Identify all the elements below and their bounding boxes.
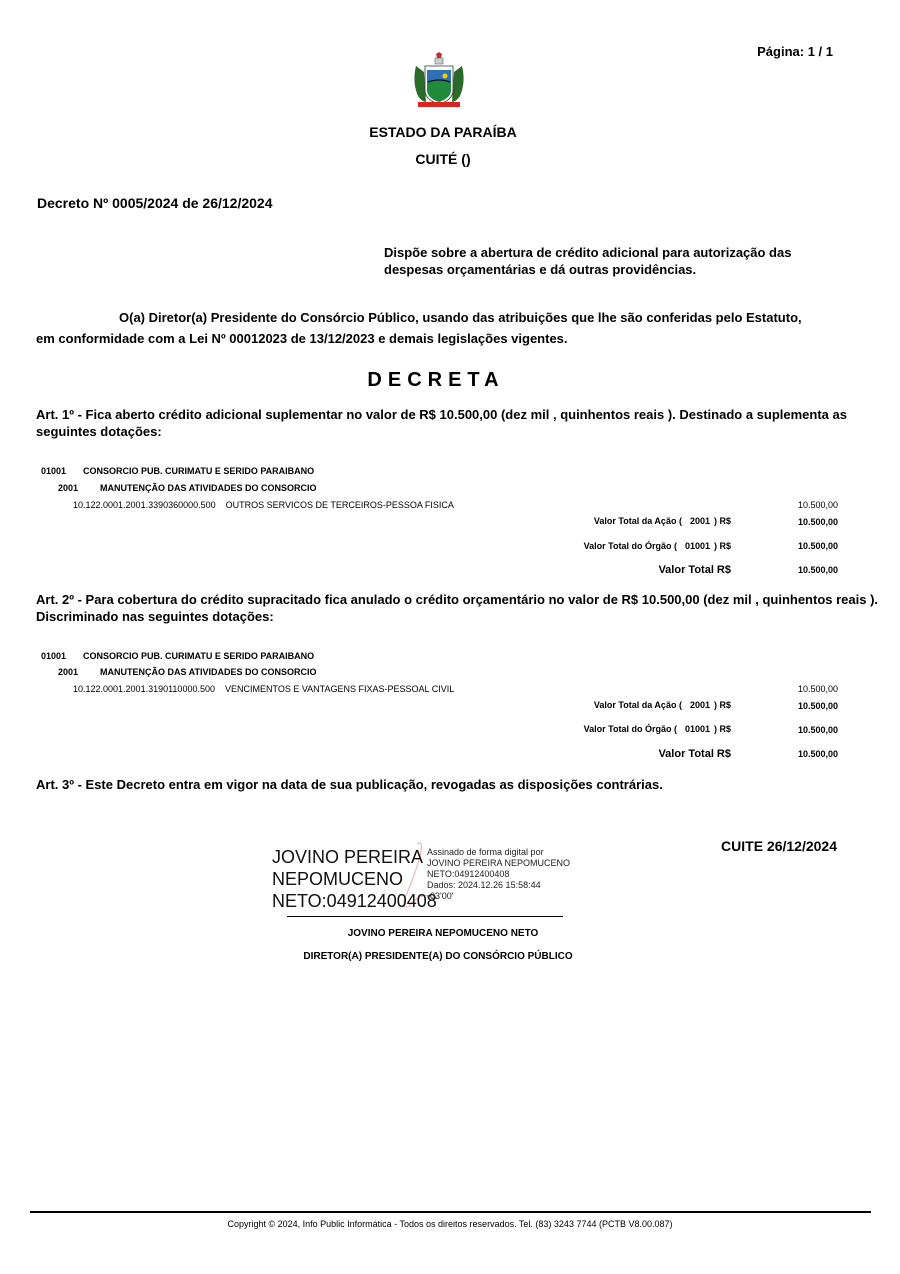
digital-name-line: JOVINO PEREIRA [272,846,437,868]
digital-detail-line: JOVINO PEREIRA NEPOMUCENO [427,858,570,869]
digital-signature-name: JOVINO PEREIRA NEPOMUCENO NETO:049124004… [272,846,437,912]
orgao-name: CONSORCIO PUB. CURIMATU E SERIDO PARAIBA… [83,651,314,661]
digital-detail-line: -03'00' [427,891,570,902]
orgao-code: 01001 [41,466,83,476]
page-indicator: Página: 1 / 1 [757,44,833,59]
total-acao-suffix: ) R$ [714,516,731,526]
acao-name: MANUTENÇÃO DAS ATIVIDADES DO CONSORCIO [100,667,317,677]
article-2: Art. 2º - Para cobertura do crédito supr… [36,591,891,625]
decreta-heading: DECRETA [0,369,872,392]
total-acao-label: Valor Total da Ação (2001) R$ [594,700,731,710]
dotacao-value: 10.500,00 [798,684,838,694]
footer-copyright: Copyright © 2024, Info Public Informátic… [0,1219,900,1229]
total-acao-code: 2001 [690,700,710,710]
orgao-code: 01001 [41,651,83,661]
decree-ementa: Dispõe sobre a abertura de crédito adici… [384,244,854,278]
digital-detail-line: Dados: 2024.12.26 15:58:44 [427,880,570,891]
total-orgao-value: 10.500,00 [798,541,838,551]
preamble-line-1: O(a) Diretor(a) Presidente do Consórcio … [119,310,802,325]
acao-row: 2001MANUTENÇÃO DAS ATIVIDADES DO CONSORC… [58,483,317,493]
total-label: Valor Total R$ [658,564,731,576]
total-acao-value: 10.500,00 [798,517,838,527]
dotacao-value: 10.500,00 [798,500,838,510]
dotacao-row: 10.122.0001.2001.3390360000.500OUTROS SE… [73,500,454,510]
acao-code: 2001 [58,483,100,493]
digital-name-line: NEPOMUCENO [272,868,437,890]
total-acao-text: Valor Total da Ação ( [594,700,682,710]
total-orgao-suffix: ) R$ [714,724,731,734]
dotacao-name: VENCIMENTOS E VANTAGENS FIXAS-PESSOAL CI… [225,684,454,694]
dotacao-name: OUTROS SERVICOS DE TERCEIROS-PESSOA FISI… [226,500,454,510]
orgao-name: CONSORCIO PUB. CURIMATU E SERIDO PARAIBA… [83,466,314,476]
footer-divider [30,1211,871,1213]
signer-role: DIRETOR(A) PRESIDENTE(A) DO CONSÓRCIO PÚ… [0,951,876,962]
total-orgao-code: 01001 [685,541,710,551]
digital-name-line: NETO:04912400408 [272,890,437,912]
article-3: Art. 3º - Este Decreto entra em vigor na… [36,776,891,793]
total-acao-text: Valor Total da Ação ( [594,516,682,526]
article-1: Art. 1º - Fica aberto crédito adicional … [36,406,891,440]
total-orgao-code: 01001 [685,724,710,734]
digital-signature-details: Assinado de forma digital por JOVINO PER… [427,847,570,902]
total-value: 10.500,00 [798,749,838,759]
decree-number: Decreto Nº 0005/2024 de 26/12/2024 [37,195,273,211]
total-value: 10.500,00 [798,565,838,575]
signer-name: JOVINO PEREIRA NEPOMUCENO NETO [0,928,886,939]
total-orgao-suffix: ) R$ [714,541,731,551]
acao-row: 2001MANUTENÇÃO DAS ATIVIDADES DO CONSORC… [58,667,317,677]
digital-detail-line: NETO:04912400408 [427,869,570,880]
dotacao-code: 10.122.0001.2001.3190110000.500 [73,684,215,694]
preamble-line-2: em conformidade com a Lei Nº 00012023 de… [36,331,568,346]
total-label: Valor Total R$ [658,748,731,760]
total-acao-value: 10.500,00 [798,701,838,711]
dotacao-row: 10.122.0001.2001.3190110000.500VENCIMENT… [73,684,454,694]
acao-name: MANUTENÇÃO DAS ATIVIDADES DO CONSORCIO [100,483,317,493]
total-orgao-text: Valor Total do Órgão ( [584,541,677,551]
total-acao-code: 2001 [690,516,710,526]
total-orgao-label: Valor Total do Órgão (01001) R$ [584,724,731,734]
total-acao-suffix: ) R$ [714,700,731,710]
digital-detail-line: Assinado de forma digital por [427,847,570,858]
state-name: ESTADO DA PARAÍBA [0,124,886,140]
coat-of-arms-icon [408,52,470,112]
acao-code: 2001 [58,667,100,677]
total-acao-label: Valor Total da Ação (2001) R$ [594,516,731,526]
total-orgao-label: Valor Total do Órgão (01001) R$ [584,541,731,551]
total-orgao-value: 10.500,00 [798,725,838,735]
orgao-row: 01001CONSORCIO PUB. CURIMATU E SERIDO PA… [41,651,314,661]
orgao-row: 01001CONSORCIO PUB. CURIMATU E SERIDO PA… [41,466,314,476]
signature-line [287,916,563,917]
total-orgao-text: Valor Total do Órgão ( [584,724,677,734]
place-and-date: CUITE 26/12/2024 [721,838,837,854]
dotacao-code: 10.122.0001.2001.3390360000.500 [73,500,216,510]
city-name: CUITÉ () [0,151,886,167]
